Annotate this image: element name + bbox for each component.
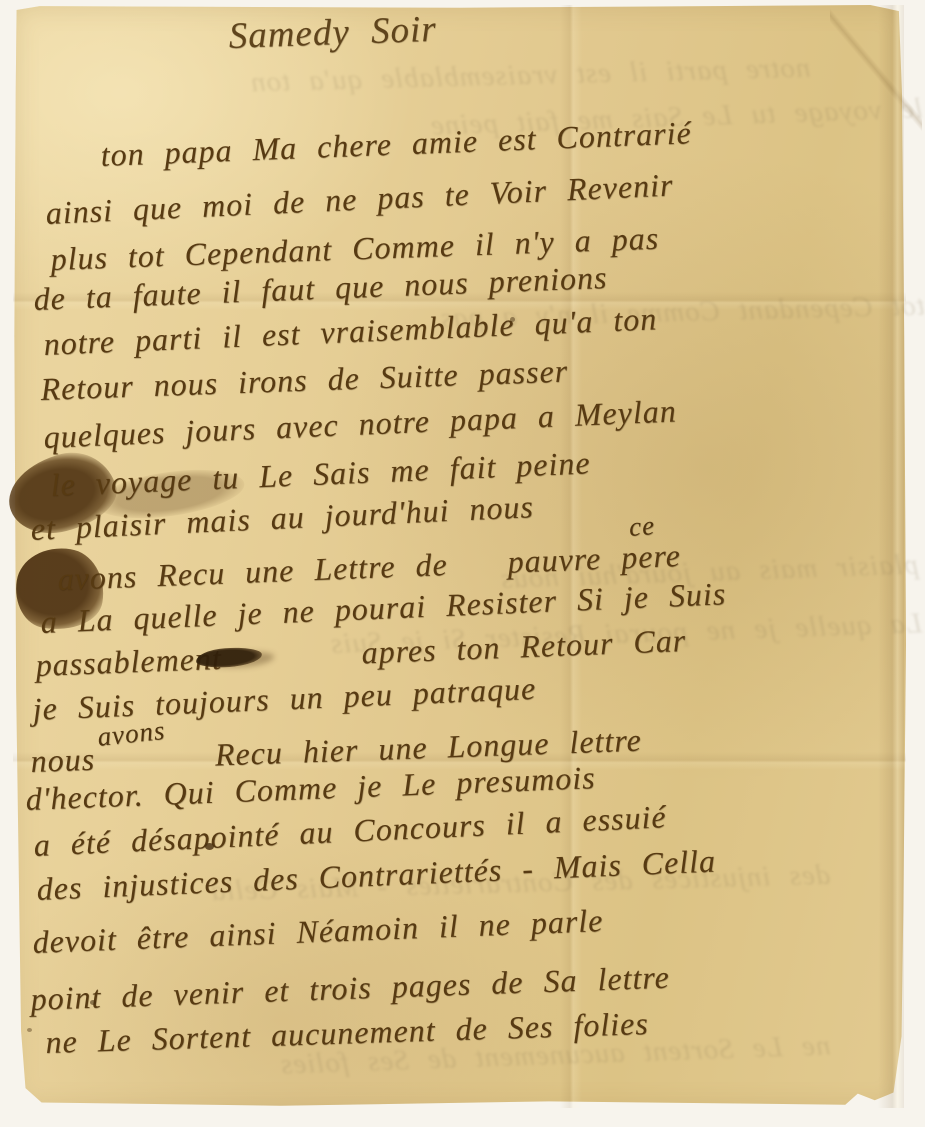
ink-speck bbox=[205, 843, 214, 850]
letter-dateline: Samedy Soir bbox=[228, 9, 437, 58]
scan-background: notre parti il est vraisemblable qu'a to… bbox=[0, 0, 925, 1127]
letter-scan-page: { "document": { "kind": "handwritten let… bbox=[0, 0, 925, 1127]
ink-speck bbox=[90, 1000, 96, 1005]
ink-speck bbox=[510, 317, 515, 322]
ink-speck bbox=[27, 1028, 32, 1032]
inserted-word-ce: ce bbox=[628, 510, 656, 542]
